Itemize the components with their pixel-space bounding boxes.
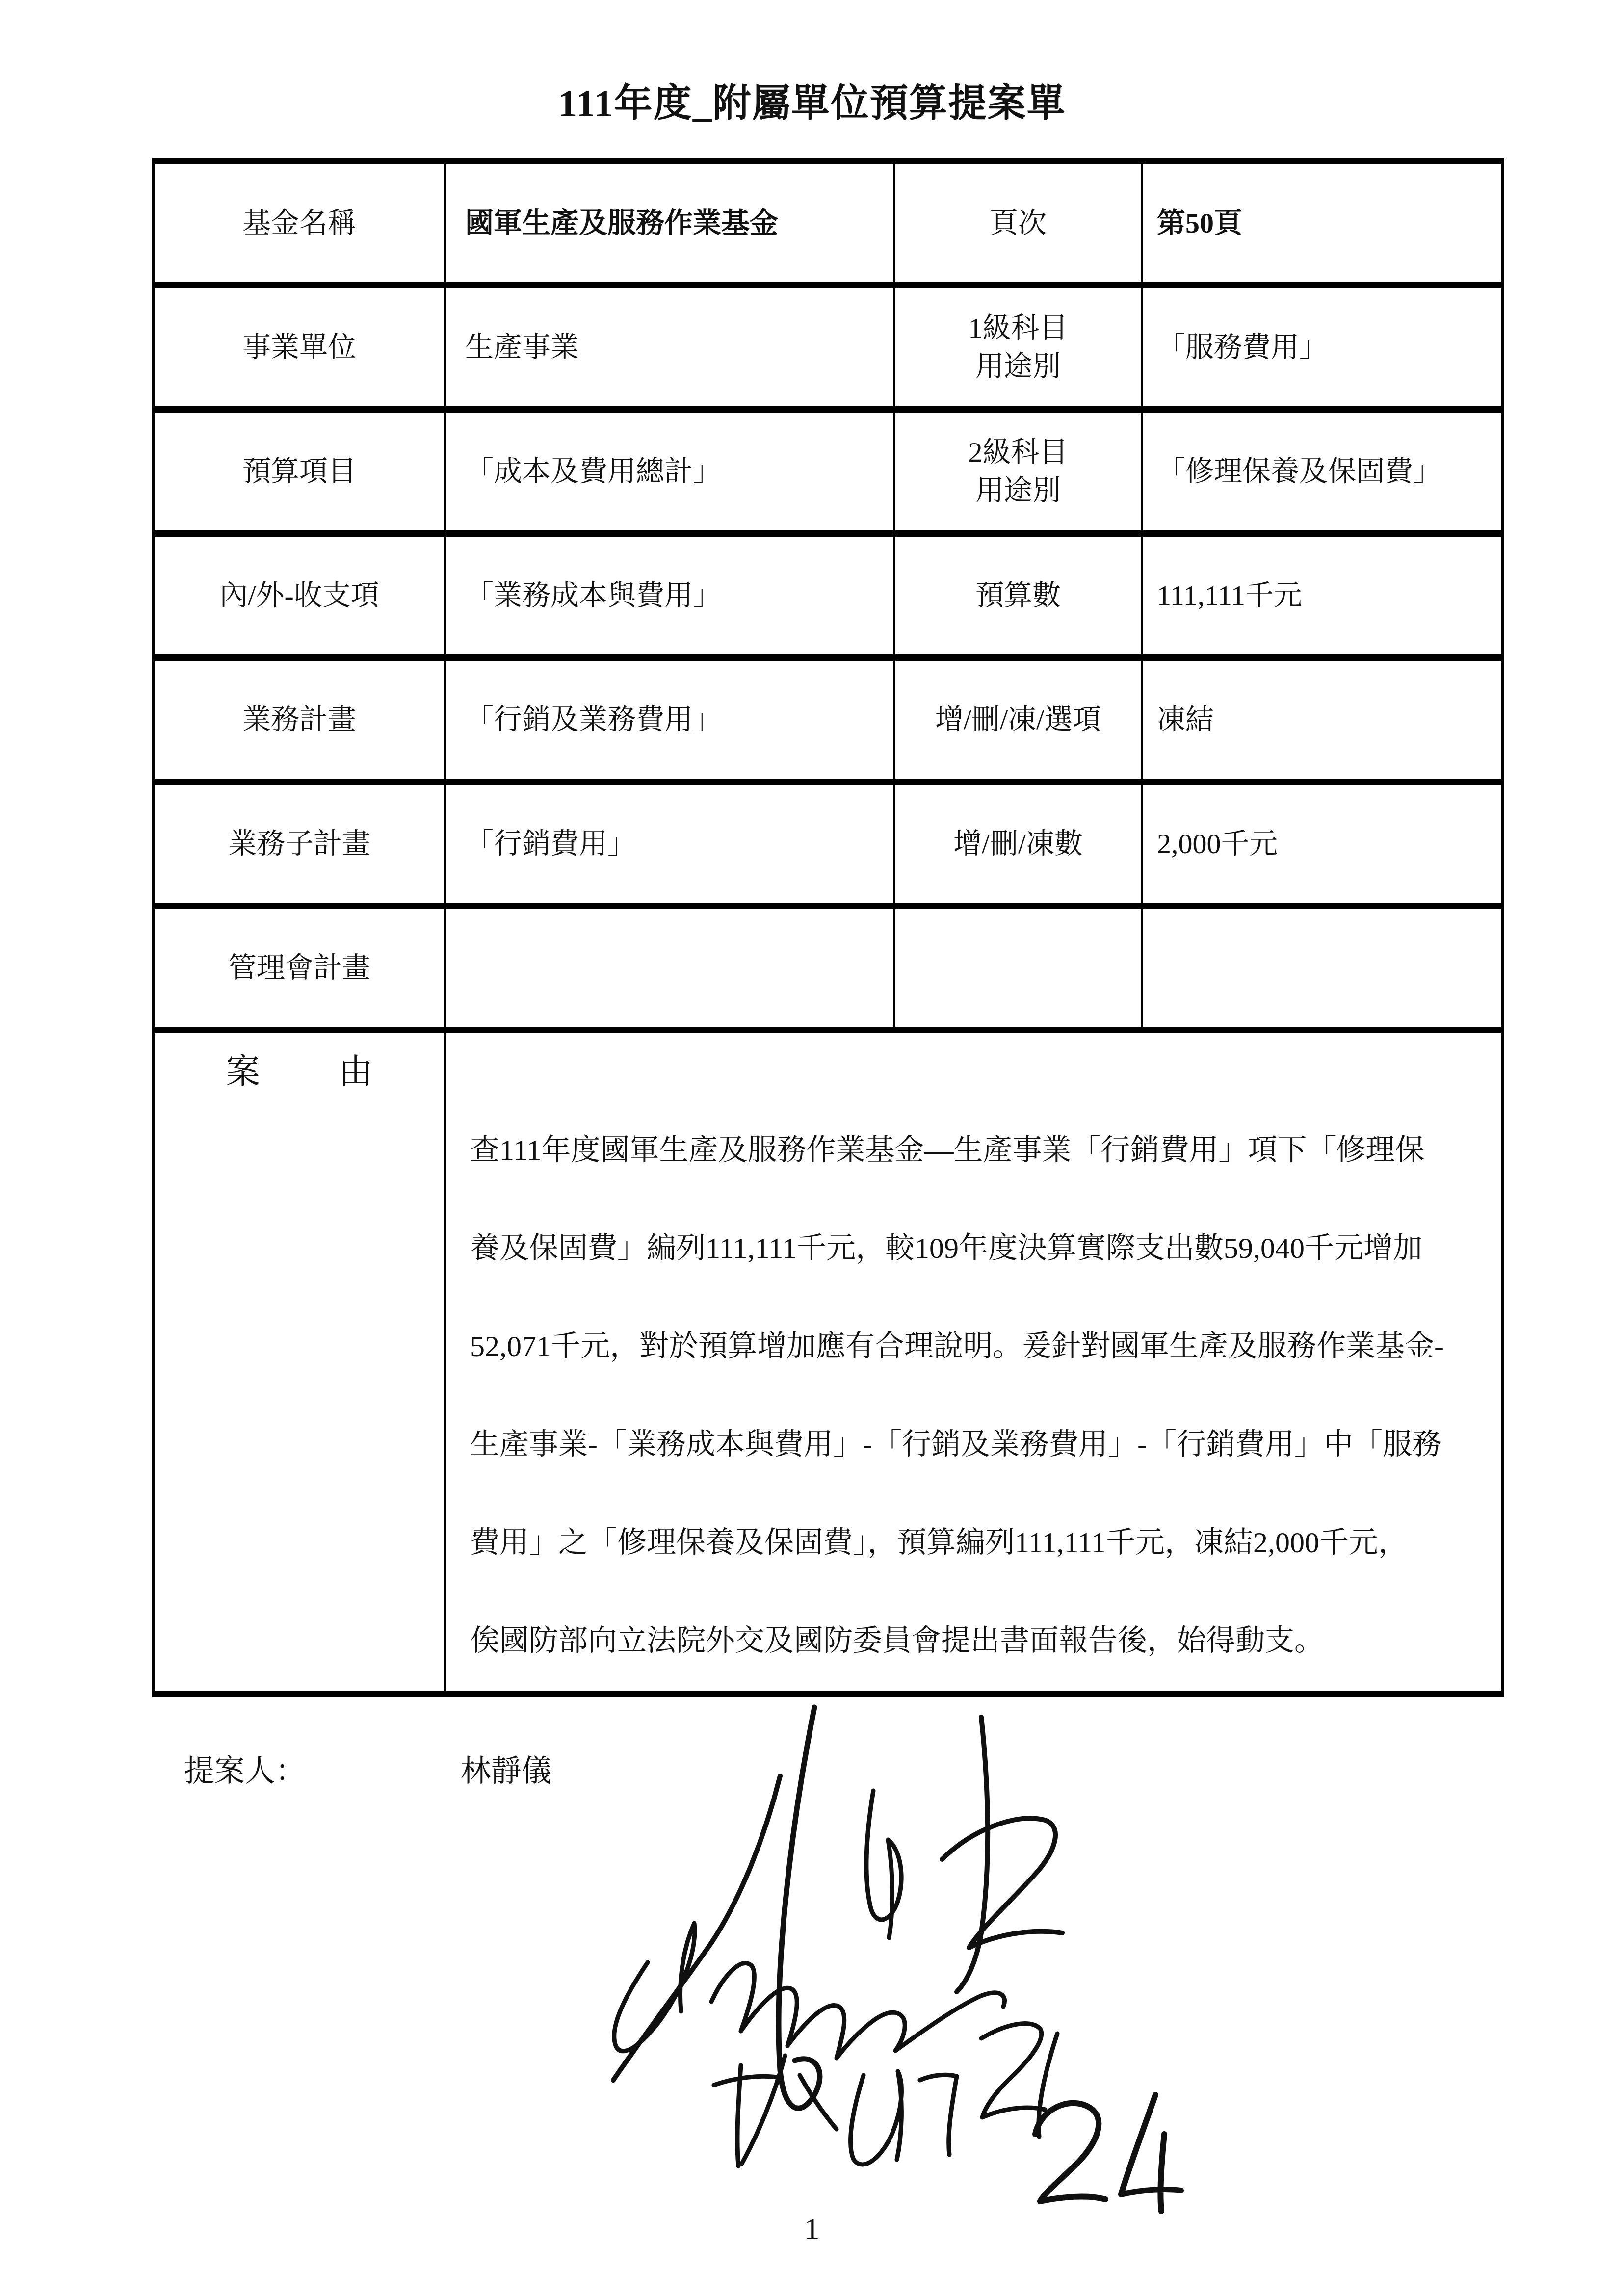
business-subplan-value: 「行銷費用」: [446, 785, 895, 903]
budget-amount-value: 111,111千元: [1143, 537, 1501, 654]
case-line-4: 生產事業-「業務成本與費用」-「行銷及業務費用」-「行銷費用」中「服務: [470, 1395, 1487, 1493]
table-row-management-plan: 管理會計畫: [155, 909, 1501, 1033]
case-description-row: 案 由 查111年度國軍生產及服務作業基金—生產事業「行銷費用」項下「修理保 養…: [155, 1033, 1501, 1691]
page-number: 1: [0, 2212, 1624, 2246]
business-subplan-label: 業務子計畫: [155, 785, 446, 903]
budget-item-value: 「成本及費用總計」: [446, 413, 895, 530]
business-unit-value: 生產事業: [446, 288, 895, 406]
page-title: 111年度_附屬單位預算提案單: [0, 73, 1624, 128]
management-plan-sublabel: [895, 909, 1143, 1027]
page-index-value: 第50頁: [1143, 164, 1501, 282]
management-plan-subvalue: [1143, 909, 1501, 1027]
business-plan-label: 業務計畫: [155, 661, 446, 779]
table-row-budget-item: 預算項目 「成本及費用總計」 2級科目 用途別 「修理保養及保固費」: [155, 413, 1501, 537]
table-row-business-subplan: 業務子計畫 「行銷費用」 增/刪/凍數 2,000千元: [155, 785, 1501, 909]
proposer-label: 提案人：: [184, 1747, 306, 1790]
level2-subject-label: 2級科目 用途別: [895, 413, 1143, 530]
level1-subject-value: 「服務費用」: [1143, 288, 1501, 406]
fund-name-value: 國軍生產及服務作業基金: [446, 164, 895, 282]
table-row-business-unit: 事業單位 生產事業 1級科目 用途別 「服務費用」: [155, 288, 1501, 413]
case-line-5: 費用」之「修理保養及保固費」，預算編列111,111千元，凍結2,000千元，: [470, 1493, 1487, 1592]
revenue-expense-value: 「業務成本與費用」: [446, 537, 895, 654]
business-plan-value: 「行銷及業務費用」: [446, 661, 895, 779]
budget-amount-label: 預算數: [895, 537, 1143, 654]
scanned-budget-proposal-page: 111年度_附屬單位預算提案單 基金名稱 國軍生產及服務作業基金 頁次 第50頁…: [0, 0, 1624, 2296]
case-label-char-2: 由: [339, 1044, 373, 1094]
action-amount-label: 增/刪/凍數: [895, 785, 1143, 903]
revenue-expense-label: 內/外-收支項: [155, 537, 446, 654]
table-row-business-plan: 業務計畫 「行銷及業務費用」 增/刪/凍/選項 凍結: [155, 661, 1501, 785]
proposer-name: 林靜儀: [461, 1747, 552, 1790]
fund-name-label: 基金名稱: [155, 164, 446, 282]
budget-table: 基金名稱 國軍生產及服務作業基金 頁次 第50頁 事業單位 生產事業 1級科目 …: [152, 158, 1504, 1697]
table-row-revenue-expense: 內/外-收支項 「業務成本與費用」 預算數 111,111千元: [155, 537, 1501, 661]
action-amount-value: 2,000千元: [1143, 785, 1501, 903]
budget-item-label: 預算項目: [155, 413, 446, 530]
action-option-label: 增/刪/凍/選項: [895, 661, 1143, 779]
management-plan-label: 管理會計畫: [155, 909, 446, 1027]
business-unit-label: 事業單位: [155, 288, 446, 406]
level2-subject-value: 「修理保養及保固費」: [1143, 413, 1501, 530]
case-line-3: 52,071千元，對於預算增加應有合理說明。爰針對國軍生產及服務作業基金-: [470, 1297, 1487, 1395]
proposer-row: 提案人： 林靜儀: [184, 1747, 552, 1790]
management-plan-value: [446, 909, 895, 1027]
page-index-label: 頁次: [895, 164, 1143, 282]
table-row-fund-name: 基金名稱 國軍生產及服務作業基金 頁次 第50頁: [155, 164, 1501, 288]
case-line-2: 養及保固費」編列111,111千元，較109年度決算實際支出數59,040千元增…: [470, 1199, 1487, 1297]
handwritten-number-24: [1008, 2078, 1190, 2220]
action-option-value: 凍結: [1143, 661, 1501, 779]
case-label: 案 由: [155, 1033, 446, 1691]
case-description-text: 查111年度國軍生產及服務作業基金—生產事業「行銷費用」項下「修理保 養及保固費…: [446, 1033, 1501, 1691]
case-label-char-1: 案: [226, 1044, 260, 1094]
case-line-6: 俟國防部向立法院外交及國防委員會提出書面報告後，始得動支。: [470, 1592, 1487, 1690]
level1-subject-label: 1級科目 用途別: [895, 288, 1143, 406]
case-line-1: 查111年度國軍生產及服務作業基金—生產事業「行銷費用」項下「修理保: [470, 1101, 1487, 1199]
